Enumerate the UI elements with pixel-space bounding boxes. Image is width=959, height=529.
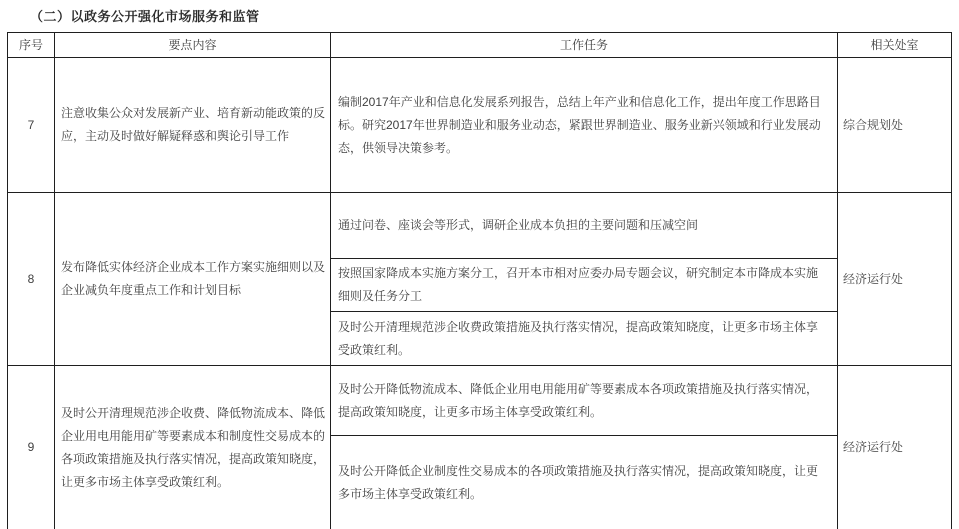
key-content-cell: 发布降低实体经济企业成本工作方案实施细则以及企业减负年度重点工作和计划目标 [55,193,331,366]
col-header-number: 序号 [8,33,55,58]
row-number: 9 [8,366,55,529]
col-header-department: 相关处室 [838,33,952,58]
document-page: （二）以政务公开强化市场服务和监管 序号 要点内容 工作任务 相关处室 7 注意… [0,0,959,529]
table-row: 9 及时公开清理规范涉企收费、降低物流成本、降低企业用电用能用矿等要素成本和制度… [8,366,952,436]
key-content-cell: 注意收集公众对发展新产业、培育新动能政策的反应，主动及时做好解疑释惑和舆论引导工… [55,58,331,193]
row-number: 7 [8,58,55,193]
task-cell: 及时公开降低企业制度性交易成本的各项政策措施及执行落实情况，提高政策知晓度，让更… [331,436,838,529]
department-cell: 综合规划处 [838,58,952,193]
key-content-cell: 及时公开清理规范涉企收费、降低物流成本、降低企业用电用能用矿等要素成本和制度性交… [55,366,331,529]
task-cell: 通过问卷、座谈会等形式，调研企业成本负担的主要问题和压减空间 [331,193,838,259]
col-header-work-task: 工作任务 [331,33,838,58]
department-cell: 经济运行处 [838,366,952,529]
row-number: 8 [8,193,55,366]
task-cell: 编制2017年产业和信息化发展系列报告，总结上年产业和信息化工作，提出年度工作思… [331,58,838,193]
task-cell: 及时公开降低物流成本、降低企业用电用能用矿等要素成本各项政策措施及执行落实情况，… [331,366,838,436]
section-title: （二）以政务公开强化市场服务和监管 [30,6,959,25]
table-header-row: 序号 要点内容 工作任务 相关处室 [8,33,952,58]
col-header-key-content: 要点内容 [55,33,331,58]
department-cell: 经济运行处 [838,193,952,366]
work-tasks-table: 序号 要点内容 工作任务 相关处室 7 注意收集公众对发展新产业、培育新动能政策… [7,32,952,529]
task-cell: 按照国家降成本实施方案分工，召开本市相对应委办局专题会议，研究制定本市降成本实施… [331,259,838,312]
task-cell: 及时公开清理规范涉企收费政策措施及执行落实情况，提高政策知晓度，让更多市场主体享… [331,312,838,366]
table-row: 8 发布降低实体经济企业成本工作方案实施细则以及企业减负年度重点工作和计划目标 … [8,193,952,259]
table-row: 7 注意收集公众对发展新产业、培育新动能政策的反应，主动及时做好解疑释惑和舆论引… [8,58,952,193]
